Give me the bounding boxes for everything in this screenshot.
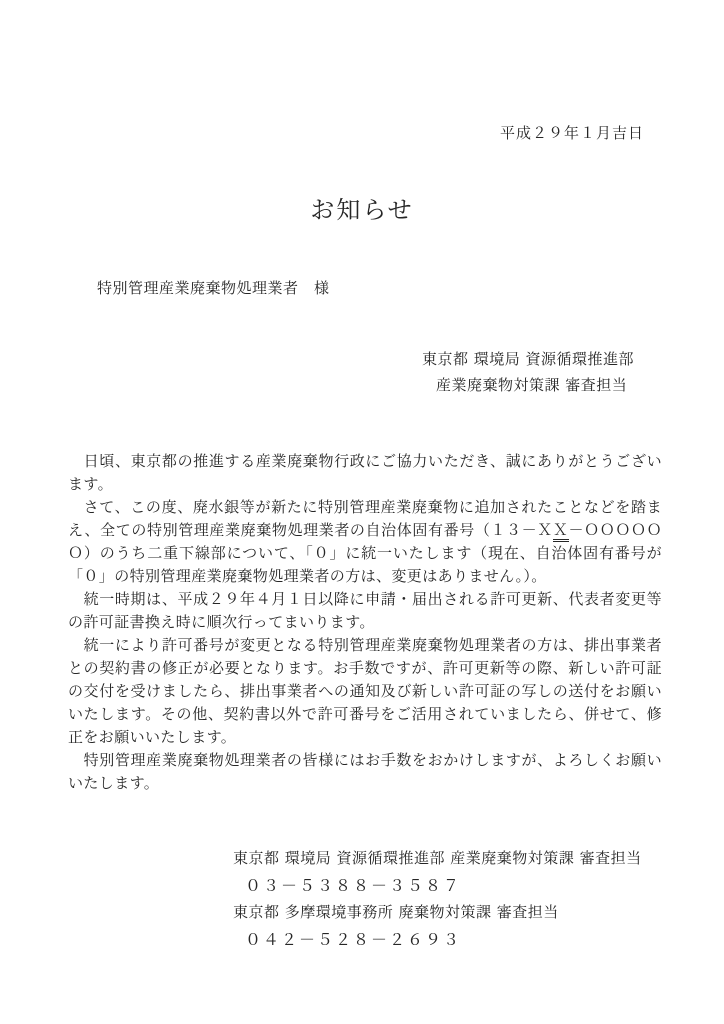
contact-block: 東京都 環境局 資源循環推進部 産業廃棄物対策課 審査担当 ０３－５３８８－３５… [233, 845, 642, 953]
contact-phone-1: ０３－５３８８－３５８７ [233, 872, 642, 899]
paragraph-schedule: 統一時期は、平成２９年４月１日以降に申請・届出される許可更新、代表者変更等の許可… [68, 588, 662, 634]
sender-block: 東京都 環境局 資源循環推進部 産業廃棄物対策課 審査担当 [422, 346, 634, 398]
contact-phone-2: ０４２－５２８－２６９３ [233, 926, 642, 953]
paragraph-contract-revision: 統一により許可番号が変更となる特別管理産業廃棄物処理業者の方は、排出事業者との契… [68, 634, 662, 749]
paragraph-closing: 特別管理産業廃棄物処理業者の皆様にはお手数をおかけしますが、よろしくお願いいたし… [68, 749, 662, 795]
contact-office-2: 東京都 多摩環境事務所 廃棄物対策課 審査担当 [233, 899, 642, 926]
sender-section-line: 産業廃棄物対策課 審査担当 [422, 372, 634, 398]
recipient-line: 特別管理産業廃棄物処理業者 様 [97, 277, 330, 298]
contact-office-1: 東京都 環境局 資源循環推進部 産業廃棄物対策課 審査担当 [233, 845, 642, 872]
double-underlined-digit: Ｘ [553, 521, 569, 542]
document-date: 平成２９年１月吉日 [500, 122, 644, 143]
notice-document-page: 平成２９年１月吉日 お知らせ 特別管理産業廃棄物処理業者 様 東京都 環境局 資… [0, 0, 724, 1024]
document-title: お知らせ [0, 190, 724, 225]
document-body: 日頃、東京都の推進する産業廃棄物行政にご協力いただき、誠にありがとうございます。… [68, 450, 662, 795]
sender-department-line: 東京都 環境局 資源循環推進部 [422, 346, 634, 372]
paragraph-number-unification: さて、この度、廃水銀等が新たに特別管理産業廃棄物に追加されたことなどを踏まえ、全… [68, 496, 662, 588]
paragraph-greeting: 日頃、東京都の推進する産業廃棄物行政にご協力いただき、誠にありがとうございます。 [68, 450, 662, 496]
